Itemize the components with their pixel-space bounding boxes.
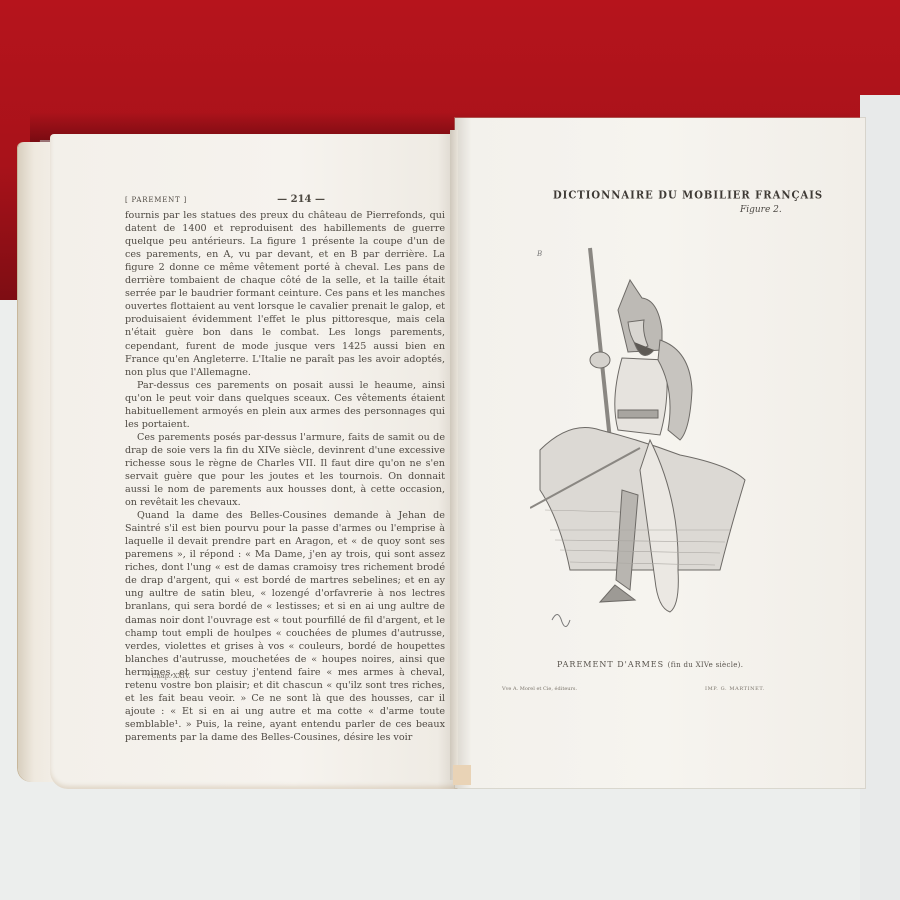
caption-date: (fin du XIVe siècle).: [668, 661, 744, 669]
printer-credit: IMP. G. MARTINET.: [705, 686, 765, 692]
plate-caption: PAREMENT D'ARMES (fin du XIVe siècle).: [557, 660, 743, 669]
book-title: DICTIONNAIRE DU MOBILIER FRANÇAIS: [553, 189, 823, 202]
paragraph: Ces parements posés par-dessus l'armure,…: [125, 431, 445, 509]
book-gutter: [450, 130, 458, 780]
figure-label: Figure 2.: [740, 205, 782, 215]
page-tab: [453, 765, 471, 785]
section-label: [ PAREMENT ]: [125, 194, 187, 207]
knight-illustration: [530, 240, 750, 650]
caption-title: PAREMENT D'ARMES: [557, 660, 664, 669]
footnote: ¹ Chap. XXIV.: [147, 672, 190, 680]
running-head: [ PAREMENT ] — 214 —: [125, 193, 325, 207]
page-number: — 214 —: [277, 193, 325, 206]
grey-background: [860, 95, 900, 900]
paragraph: fournis par les statues des preux du châ…: [125, 209, 445, 379]
left-page-text: [ PAREMENT ] — 214 — fournis par les sta…: [125, 193, 445, 744]
paragraph: Quand la dame des Belles-Cousines demand…: [125, 509, 445, 744]
paragraph: Par-dessus ces parements on posait aussi…: [125, 379, 445, 431]
publisher-credit: Vve A. Morel et Cie, éditeurs.: [502, 686, 577, 692]
